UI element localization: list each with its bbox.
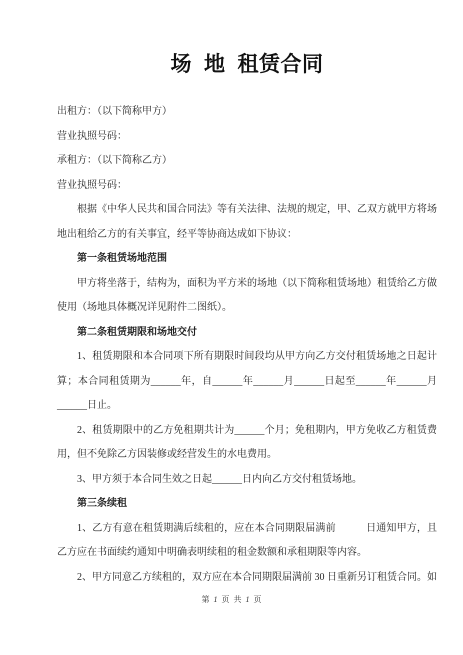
- footer-page-number: 1: [214, 595, 218, 604]
- section-2-heading: 第二条租赁期限和场地交付: [57, 321, 437, 346]
- section-3-item-1: 1、乙方有意在租赁期满后续租的，应在本合同期限届满前 日通知甲方，且乙方应在书面…: [57, 517, 437, 566]
- document-body: 场 地 租赁合同 出租方：（以下简称甲方） 营业执照号码： 承租方：（以下简称乙…: [57, 0, 437, 590]
- section-1-paragraph: 甲方将坐落于，结构为，面积为平方米的场地（以下简称租赁场地）租赁给乙方做使用（场…: [57, 272, 437, 321]
- contract-content: 出租方：（以下简称甲方） 营业执照号码： 承租方：（以下简称乙方） 营业执照号码…: [57, 100, 437, 590]
- lessor-license-line: 营业执照号码：: [57, 125, 437, 150]
- contract-page: 场 地 租赁合同 出租方：（以下简称甲方） 营业执照号码： 承租方：（以下简称乙…: [0, 0, 463, 655]
- footer-unit-1: 页: [222, 595, 230, 604]
- section-2-item-1: 1、租赁期限和本合同项下所有期限时间段均从甲方向乙方交付租赁场地之日起计算；本合…: [57, 345, 437, 419]
- lessee-line: 承租方：（以下简称乙方）: [57, 149, 437, 174]
- footer-label-page: 第: [202, 595, 210, 604]
- preamble-paragraph: 根据《中华人民共和国合同法》等有关法律、法规的规定，甲、乙双方就甲方将场地出租给…: [57, 198, 437, 247]
- section-3-item-2: 2、甲方同意乙方续租的，双方应在本合同期限届满前 30 日重新另订租赁合同。如: [57, 566, 437, 591]
- lessee-license-line: 营业执照号码：: [57, 174, 437, 199]
- lessor-line: 出租方：（以下简称甲方）: [57, 100, 437, 125]
- page-footer: 第1页共1页: [0, 594, 463, 605]
- section-3-heading: 第三条续租: [57, 492, 437, 517]
- section-2-item-2: 2、租赁期限中的乙方免租期共计为______个月；免租期内，甲方免收乙方租赁费用…: [57, 419, 437, 468]
- footer-total-pages: 1: [246, 595, 250, 604]
- footer-unit-2: 页: [254, 595, 262, 604]
- section-2-item-3: 3、甲方须于本合同生效之日起______日内向乙方交付租赁场地。: [57, 468, 437, 493]
- footer-label-total: 共: [234, 595, 242, 604]
- document-title: 场 地 租赁合同: [57, 0, 437, 78]
- section-1-heading: 第一条租赁场地范围: [57, 247, 437, 272]
